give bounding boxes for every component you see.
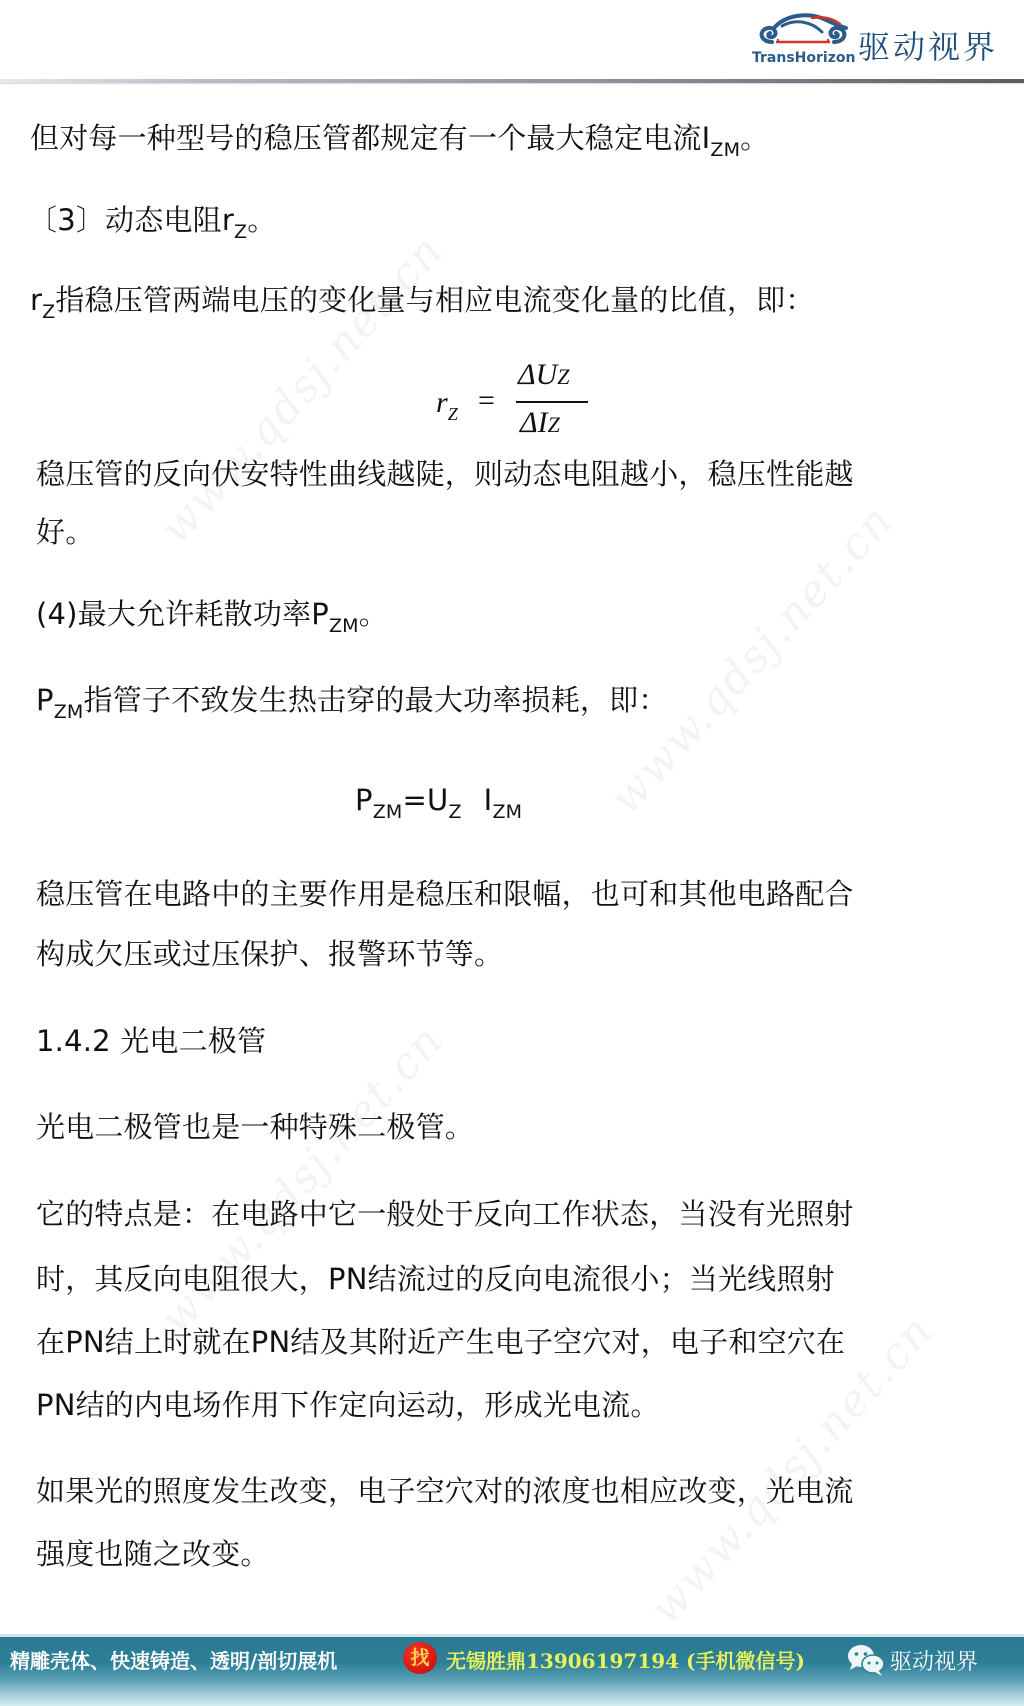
section-heading-photodiode: 1.4.2 光电二极管: [36, 1027, 266, 1056]
paragraph-steepness-line1: 稳压管的反向伏安特性曲线越陡，则动态电阻越小，稳压性能越: [36, 460, 854, 489]
text: r: [436, 386, 448, 419]
text: 。: [247, 203, 276, 237]
formula-dynamic-resistance: rZ = ΔUZ ΔIZ: [436, 358, 596, 448]
subscript: ZM: [329, 615, 359, 637]
formula-max-power: PZM=UZIZM: [355, 786, 522, 815]
subscript: Z: [42, 301, 55, 323]
text: =U: [403, 783, 449, 817]
heading-max-power: (4)最大允许耗散功率PZM。: [36, 600, 388, 629]
heading-dynamic-resistance: 〔3〕动态电阻rZ。: [28, 206, 276, 235]
footer-ad-text: 精雕壳体、快速铸造、透明/剖切展机: [10, 1645, 337, 1674]
paragraph-illumination-line2: 强度也随之改变。: [36, 1540, 270, 1569]
logo-text-en: TransHorizon: [752, 50, 855, 66]
paragraph-photodiode-features-line4: PN结的内电场作用下作定向运动，形成光电流。: [36, 1391, 660, 1420]
text: ΔI: [520, 406, 548, 439]
fraction-bar: [516, 401, 588, 403]
footer-contact-text: 无锡胜鼎13906197194 (手机微信号): [446, 1645, 805, 1674]
text: 。: [740, 121, 769, 155]
subscript: ZM: [492, 801, 522, 823]
text: 指管子不致发生热击穿的最大功率损耗，即：: [84, 683, 668, 717]
text: ΔU: [518, 358, 557, 391]
paragraph-photodiode-features-line3: 在PN结上时就在PN结及其附近产生电子空穴对，电子和空穴在: [36, 1328, 845, 1357]
paragraph-illumination-line1: 如果光的照度发生改变，电子空穴对的浓度也相应改变，光电流: [36, 1477, 854, 1506]
paragraph-rz-definition: rZ指稳压管两端电压的变化量与相应电流变化量的比值，即：: [30, 286, 815, 315]
subscript: Z: [548, 412, 560, 437]
page-header: TransHorizon 驱动视界: [0, 0, 1024, 78]
formula-numerator: ΔUZ: [518, 358, 570, 392]
car-swirl-logo-icon: [752, 12, 852, 50]
paragraph-pzm-definition: PZM指管子不致发生热击穿的最大功率损耗，即：: [36, 686, 668, 715]
formula-lhs: rZ: [436, 386, 458, 425]
subscript: ZM: [54, 701, 84, 723]
subscript: Z: [234, 221, 247, 243]
watermark: www.qdsj.net.cn: [600, 495, 904, 824]
text: 〔3〕动态电阻r: [28, 203, 234, 237]
subscript: Z: [448, 404, 458, 424]
text: 指稳压管两端电压的变化量与相应电流变化量的比值，即：: [55, 283, 814, 317]
paragraph-zener-usage-line2: 构成欠压或过压保护、报警环节等。: [36, 940, 503, 969]
text: 。: [359, 597, 388, 631]
footer-account-name: 驱动视界: [890, 1645, 978, 1676]
text: (4)最大允许耗散功率P: [36, 597, 329, 631]
transhorizon-logo: TransHorizon 驱动视界: [752, 12, 1012, 70]
text: 但对每一种型号的稳压管都规定有一个最大稳定电流I: [30, 121, 710, 155]
find-badge: 找: [403, 1642, 437, 1674]
watermark: www.qdsj.net.cn: [150, 225, 454, 554]
text: P: [355, 783, 373, 817]
paragraph-photodiode-features-line2: 时，其反向电阻很大，PN结流过的反向电流很小；当光线照射: [36, 1265, 835, 1294]
footer-ad-banner[interactable]: 精雕壳体、快速铸造、透明/剖切展机 找 无锡胜鼎13906197194 (手机微…: [0, 1637, 1024, 1706]
subscript: Z: [448, 801, 461, 823]
formula-equals: =: [478, 384, 495, 418]
text: P: [36, 683, 54, 717]
formula-denominator: ΔIZ: [520, 406, 560, 440]
paragraph-photodiode-intro: 光电二极管也是一种特殊二极管。: [36, 1113, 474, 1142]
paragraph-photodiode-features-line1: 它的特点是：在电路中它一般处于反向工作状态，当没有光照射: [36, 1200, 854, 1229]
text: r: [30, 283, 42, 317]
wechat-icon: [846, 1643, 886, 1677]
paragraph-steepness-line2: 好。: [36, 518, 94, 547]
subscript: Z: [557, 364, 569, 389]
paragraph-zener-usage-line1: 稳压管在电路中的主要作用是稳压和限幅，也可和其他电路配合: [36, 880, 854, 909]
subscript: ZM: [710, 139, 740, 161]
paragraph-max-stable-current: 但对每一种型号的稳压管都规定有一个最大稳定电流IZM。: [30, 124, 769, 153]
logo-text-cn: 驱动视界: [858, 22, 998, 68]
subscript: ZM: [373, 801, 403, 823]
header-divider: [0, 79, 1024, 83]
